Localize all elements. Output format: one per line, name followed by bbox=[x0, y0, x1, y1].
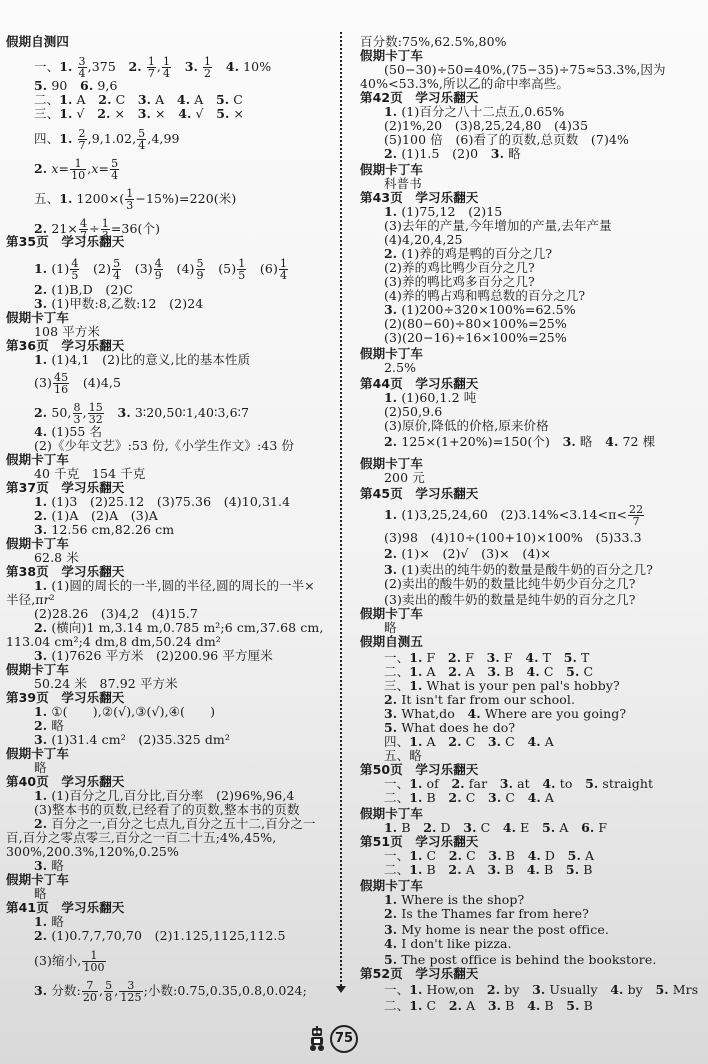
fraction: 1532 bbox=[88, 402, 104, 425]
answer-line: 2. 略 bbox=[34, 718, 64, 733]
divider-arrow-icon bbox=[336, 986, 346, 993]
section-heading: 第39页 学习乐翻天 bbox=[6, 690, 124, 705]
answer-line: 1. (1)45 (2)54 (3)49 (4)59 (5)15 (6)14 bbox=[34, 258, 289, 281]
answer-line: (50−30)÷50=40%,(75−35)÷75≈53.3%,因为 bbox=[384, 62, 666, 77]
answer-line: (3)(20−16)÷16×100%=25% bbox=[384, 330, 567, 345]
fraction: 54 bbox=[112, 258, 121, 281]
fraction: 58 bbox=[104, 980, 113, 1003]
mascot-icon bbox=[308, 1026, 326, 1052]
section-heading: 假期卡丁车 bbox=[6, 310, 69, 325]
fraction: 83 bbox=[73, 402, 82, 425]
answer-line: 3. (1)200÷320×100%=62.5% bbox=[384, 302, 576, 317]
answer-line: 一、1. 34,375 2. 17,14 3. 12 4. 10% bbox=[34, 56, 271, 79]
answer-line: 略 bbox=[34, 886, 47, 901]
answer-line: (2)1%,20 (3)8,25,24,80 (4)35 bbox=[384, 118, 588, 133]
page-number: 75 bbox=[330, 1025, 358, 1053]
answer-line: 2. (横向)1 m,3.14 m,0.785 m²;6 cm,37.68 cm… bbox=[34, 620, 323, 635]
section-heading: 假期卡丁车 bbox=[6, 746, 69, 761]
section-heading: 第45页 学习乐翻天 bbox=[360, 486, 478, 501]
answer-line: 3. 分数:720,58,3125;小数:0.75,0.35,0.8,0.024… bbox=[34, 980, 307, 1003]
answer-line: 四、1. 27,9,1.02,54,4,99 bbox=[34, 128, 180, 151]
section-heading: 第36页 学习乐翻天 bbox=[6, 338, 124, 353]
answer-line: (2)28.26 (3)4,2 (4)15.7 bbox=[34, 606, 198, 621]
answer-line: 二、1. B 2. A 3. B 4. B 5. B bbox=[384, 862, 593, 877]
answer-line: 1. (1)75,12 (2)15 bbox=[384, 204, 502, 219]
answer-line: 1. 略 bbox=[34, 914, 64, 929]
answer-line: (3)缩小,1100 bbox=[34, 950, 107, 973]
fraction: 45 bbox=[70, 258, 79, 281]
answer-line: 1. (1)3 (2)25.12 (3)75.36 (4)10,31.4 bbox=[34, 494, 290, 509]
fraction: 15 bbox=[237, 258, 246, 281]
answer-line: (4)养的鸭占鸡和鸭总数的百分之几? bbox=[384, 288, 585, 303]
fraction: 54 bbox=[110, 158, 119, 181]
answer-line: 二、1. C 2. A 3. B 4. B 5. B bbox=[384, 998, 593, 1013]
answer-line: (3)整本书的页数,已经看了的页数,整本书的页数 bbox=[34, 802, 300, 817]
fraction: 110 bbox=[70, 158, 86, 181]
fraction: 54 bbox=[137, 128, 146, 151]
answer-line: 3. What,do 4. Where are you going? bbox=[384, 706, 626, 721]
fraction: 3125 bbox=[119, 980, 142, 1003]
fraction: 14 bbox=[279, 258, 288, 281]
section-heading: 假期卡丁车 bbox=[6, 452, 69, 467]
answer-line: 2. (1)× (2)√ (3)× (4)× bbox=[384, 546, 551, 561]
answer-line: 2. 50,83,1532 3. 3∶20,50∶1,40∶3,6∶7 bbox=[34, 402, 249, 425]
section-heading: 第52页 学习乐翻天 bbox=[360, 966, 478, 981]
answer-line: 108 平方米 bbox=[34, 324, 100, 339]
answer-line: 一、1. C 2. C 3. B 4. D 5. A bbox=[384, 848, 594, 863]
answer-line: 3. (1)卖出的纯牛奶的数量是酸牛奶的百分之几? bbox=[384, 562, 653, 577]
column-divider bbox=[340, 32, 342, 990]
answer-line: 1. ①( ),②(√),③(√),④( ) bbox=[34, 704, 215, 719]
section-heading: 第35页 学习乐翻天 bbox=[6, 234, 124, 249]
answer-line: 3. (1)31.4 cm² (2)35.325 dm² bbox=[34, 732, 230, 747]
answer-line: 四、1. A 2. C 3. C 4. A bbox=[384, 734, 554, 749]
answer-line: (3)卖出的酸牛奶的数量是纯牛奶的百分之几? bbox=[384, 592, 636, 607]
section-heading: 假期卡丁车 bbox=[360, 606, 423, 621]
fraction: 227 bbox=[628, 504, 644, 527]
answer-line: 2. Is the Thames far from here? bbox=[384, 906, 589, 921]
answer-line: (3)98 (4)10÷(100+10)×100% (5)33.3 bbox=[384, 530, 642, 545]
answer-line: 2. (1)养的鸡是鸭的百分之几? bbox=[384, 246, 552, 261]
answer-line: 5. What does he do? bbox=[384, 720, 515, 735]
section-heading: 第41页 学习乐翻天 bbox=[6, 900, 124, 915]
section-heading: 第42页 学习乐翻天 bbox=[360, 90, 478, 105]
answer-line: (3)原价,降低的价格,原来价格 bbox=[384, 418, 549, 433]
answer-line: (3)4516 (4)4,5 bbox=[34, 372, 121, 395]
answer-line: 一、1. of 2. far 3. at 4. to 5. straight bbox=[384, 776, 653, 791]
answer-line: 百,百分之零点零三,百分之一百二十五;4%,45%, bbox=[6, 830, 276, 845]
answer-line: 4. (1)55 名 bbox=[34, 424, 102, 439]
answer-line: 1. (1)百分之八十二点五,0.65% bbox=[384, 104, 564, 119]
answer-line: 五、1. 1200×(13−15%)=220(米) bbox=[34, 188, 236, 211]
fraction: 720 bbox=[82, 980, 98, 1003]
fraction: 12 bbox=[203, 56, 212, 79]
answer-line: 113.04 cm²;4 dm,8 dm,50.24 dm² bbox=[6, 634, 221, 649]
answer-line: 2. It isn't far from our school. bbox=[384, 692, 575, 707]
answer-line: (2)养的鸡比鸭少百分之几? bbox=[384, 260, 535, 275]
answer-line: 3. My home is near the post office. bbox=[384, 922, 609, 937]
section-heading: 假期卡丁车 bbox=[360, 48, 423, 63]
answer-line: 200 元 bbox=[384, 470, 425, 485]
section-heading: 第43页 学习乐翻天 bbox=[360, 190, 478, 205]
section-heading: 假期卡丁车 bbox=[360, 162, 423, 177]
answer-line: 4. I don't like pizza. bbox=[384, 936, 512, 951]
answer-line: 1. (1)圆的周长的一半,圆的半径,圆的周长的一半× bbox=[34, 578, 315, 593]
fraction: 49 bbox=[154, 258, 163, 281]
answer-line: 3. 略 bbox=[34, 858, 64, 873]
answer-line: 40 千克 154 千克 bbox=[34, 466, 145, 481]
section-heading: 第50页 学习乐翻天 bbox=[360, 762, 478, 777]
section-heading: 假期卡丁车 bbox=[6, 536, 69, 551]
answer-line: 一、1. How,on 2. by 3. Usually 4. by 5. Mr… bbox=[384, 982, 698, 997]
section-heading: 第40页 学习乐翻天 bbox=[6, 774, 124, 789]
answer-line: 2. x=110,x=54 bbox=[34, 158, 120, 181]
section-heading: 假期卡丁车 bbox=[6, 662, 69, 677]
answer-line: 二、1. B 2. C 3. C 4. A bbox=[384, 790, 554, 805]
answer-line: 2. (1)1.5 (2)0 3. 略 bbox=[384, 146, 521, 161]
answer-line: 2. 125×(1+20%)=150(个) 3. 略 4. 72 棵 bbox=[384, 434, 655, 449]
answer-line: 半径,πr² bbox=[6, 592, 55, 607]
answer-line: 2.5% bbox=[384, 360, 416, 375]
fraction: 4516 bbox=[53, 372, 69, 395]
answer-line: 1. (1)百分之几,百分比,百分率 (2)96%,96,4 bbox=[34, 788, 294, 803]
section-heading: 假期自测五 bbox=[360, 634, 423, 649]
answer-line: (2)《少年文艺》:53 份,《小学生作文》:43 份 bbox=[34, 438, 294, 453]
fraction: 34 bbox=[78, 56, 87, 79]
answer-line: 一、1. F 2. F 3. F 4. T 5. T bbox=[384, 650, 589, 665]
section-heading: 第44页 学习乐翻天 bbox=[360, 376, 478, 391]
answer-line: 科普书 bbox=[384, 176, 422, 191]
answer-line: 百分数:75%,62.5%,80% bbox=[360, 34, 507, 49]
answer-line: 三、1. √ 2. × 3. × 4. √ 5. × bbox=[34, 106, 244, 121]
answer-line: (2)(80−60)÷80×100%=25% bbox=[384, 316, 567, 331]
answer-line: 2. (1)B,D (2)C bbox=[34, 282, 133, 297]
answer-line: 3. 12.56 cm,82.26 cm bbox=[34, 522, 174, 537]
answer-line: 62.8 米 bbox=[34, 550, 79, 565]
answer-line: 1. (1)3,25,24,60 (2)3.14%<3.14<π<227 bbox=[384, 504, 645, 527]
answer-line: 1. B 2. D 3. C 4. E 5. A 6. F bbox=[384, 820, 607, 835]
fraction: 1100 bbox=[82, 950, 105, 973]
answer-line: 2. 百分之一,百分之七点九,百分之五十二,百分之一 bbox=[34, 816, 316, 831]
answer-line: 5. 90 6. 9,6 bbox=[34, 78, 118, 93]
answer-line: (2)50,9.6 bbox=[384, 404, 442, 419]
answer-line: 3. (1)7626 平方米 (2)200.96 平方厘米 bbox=[34, 648, 273, 663]
fraction: 27 bbox=[78, 128, 87, 151]
section-heading: 假期卡丁车 bbox=[360, 878, 423, 893]
answer-line: (5)100 倍 (6)看了的页数,总页数 (7)4% bbox=[384, 132, 629, 147]
answer-line: (3)养的鸭比鸡多百分之几? bbox=[384, 274, 535, 289]
answer-line: (3)去年的产量,今年增加的产量,去年产量 bbox=[384, 218, 612, 233]
section-heading: 第51页 学习乐翻天 bbox=[360, 834, 478, 849]
answer-line: 三、1. What is your pen pal's hobby? bbox=[384, 678, 620, 693]
fraction: 14 bbox=[162, 56, 171, 79]
answer-line: 2. (1)0.7,7,70,70 (2)1.125,1125,112.5 bbox=[34, 928, 286, 943]
answer-line: 300%,200.3%,120%,0.25% bbox=[6, 844, 179, 859]
answer-line: (4)4,20,4,25 bbox=[384, 232, 463, 247]
section-heading: 假期卡丁车 bbox=[360, 806, 423, 821]
answer-line: 略 bbox=[34, 760, 47, 775]
answer-line: (2)卖出的酸牛奶的数量比纯牛奶少百分之几? bbox=[384, 576, 636, 591]
answer-line: 1. (1)60,1.2 吨 bbox=[384, 390, 476, 405]
section-heading: 第37页 学习乐翻天 bbox=[6, 480, 124, 495]
fraction: 13 bbox=[125, 188, 134, 211]
answer-line: 二、1. A 2. A 3. B 4. C 5. C bbox=[384, 664, 593, 679]
answer-line: 3. (1)甲数:8,乙数:12 (2)24 bbox=[34, 296, 203, 311]
section-heading: 假期自测四 bbox=[6, 34, 69, 49]
section-heading: 假期卡丁车 bbox=[6, 872, 69, 887]
answer-line: 1. (1)4,1 (2)比的意义,比的基本性质 bbox=[34, 352, 250, 367]
answer-line: 二、1. A 2. C 3. A 4. A 5. C bbox=[34, 92, 243, 107]
section-heading: 第38页 学习乐翻天 bbox=[6, 564, 124, 579]
answer-line: 略 bbox=[384, 620, 397, 635]
answer-line: 50.24 米 87.92 平方米 bbox=[34, 676, 178, 691]
answer-line: 1. Where is the shop? bbox=[384, 892, 524, 907]
fraction: 17 bbox=[147, 56, 156, 79]
answer-line: 5. The post office is behind the booksto… bbox=[384, 952, 656, 967]
answer-line: 2. (1)A (2)A (3)A bbox=[34, 508, 158, 523]
answer-line: 40%<53.3%,所以乙的命中率高些。 bbox=[360, 76, 569, 91]
section-heading: 假期卡丁车 bbox=[360, 346, 423, 361]
section-heading: 假期卡丁车 bbox=[360, 456, 423, 471]
answer-line: 五、略 bbox=[384, 748, 422, 763]
fraction: 59 bbox=[196, 258, 205, 281]
